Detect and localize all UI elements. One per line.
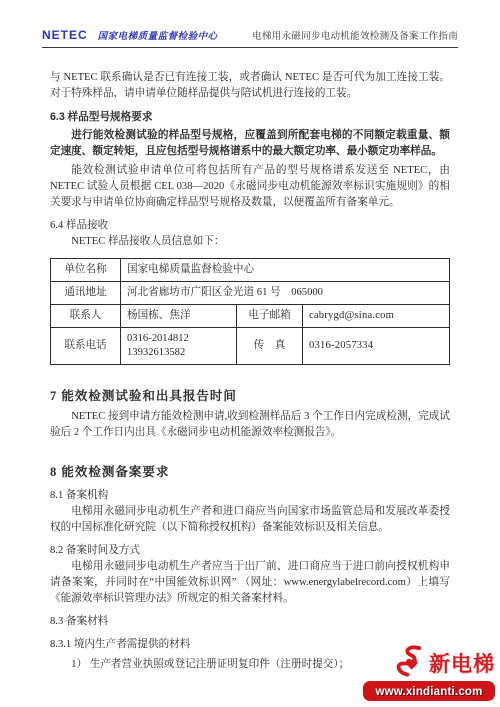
table-label-phone: 联系电话	[51, 328, 121, 365]
document-body: 与 NETEC 联系确认是否已有连接工装，或者确认 NETEC 是否可代为加工连…	[0, 48, 500, 673]
phone-line-1: 0316-2014812	[127, 332, 230, 346]
paragraph-8-2: 电梯用永磁同步电动机生产者应当于出厂前、进口商应当于进口前向授权机构申请备案案，…	[50, 559, 450, 607]
paragraph-7: NETEC 接到申请方能效检测申请,收到检测样品后 3 个工作日内完成检测，完成…	[50, 409, 450, 441]
netec-logo-text: NETEC	[42, 28, 88, 42]
logo-brand-name: 新电梯	[429, 648, 495, 678]
table-value-phone: 0316-2014812 13932613582	[121, 328, 237, 365]
logo-url-text: www.xindianti.com	[375, 686, 482, 698]
document-title: 电梯用永磁同步电动机能效检测及备案工作指南	[252, 28, 458, 42]
document-page: NETEC 国家电梯质量监督检验中心 电梯用永磁同步电动机能效检测及备案工作指南…	[0, 0, 500, 707]
logo-url-banner: www.xindianti.com	[363, 681, 495, 701]
heading-8-2: 8.2 备案时间及方式	[50, 543, 450, 559]
heading-8-3: 8.3 备案材料	[50, 614, 450, 630]
table-row: 联系人 杨国栋、焦洋 电子邮箱 cabrygd@sina.com	[51, 305, 450, 328]
contact-info-table: 单位名称 国家电梯质量监督检验中心 通讯地址 河北省廊坊市广阳区金光道 61 号…	[50, 258, 450, 365]
table-label-address: 通讯地址	[51, 282, 121, 305]
table-label-unit-name: 单位名称	[51, 259, 121, 282]
table-value-contact-person: 杨国栋、焦洋	[121, 305, 237, 328]
page-header: NETEC 国家电梯质量监督检验中心 电梯用永磁同步电动机能效检测及备案工作指南	[42, 28, 458, 48]
heading-8-1: 8.1 备案机构	[50, 488, 450, 504]
table-label-contact-person: 联系人	[51, 305, 121, 328]
header-brand-group: NETEC 国家电梯质量监督检验中心	[42, 28, 218, 42]
table-value-address: 河北省廊坊市广阳区金光道 61 号 065000	[121, 282, 450, 305]
paragraph-continuation: 与 NETEC 联系确认是否已有连接工装，或者确认 NETEC 是否可代为加工连…	[50, 70, 450, 102]
xindianti-logo: 新电梯 www.xindianti.com	[363, 646, 495, 701]
heading-7: 7 能效检测试验和出具报告时间	[50, 387, 450, 405]
heading-6-3: 6.3 样品型号规格要求	[50, 109, 450, 125]
table-row: 通讯地址 河北省廊坊市广阳区金光道 61 号 065000	[51, 282, 450, 305]
table-row: 联系电话 0316-2014812 13932613582 传 真 0316-2…	[51, 328, 450, 365]
heading-6-4: 6.4 样品接收	[50, 218, 450, 234]
paragraph-6-4: NETEC 样品接收人员信息如下：	[50, 234, 450, 250]
table-label-email: 电子邮箱	[237, 305, 303, 328]
paragraph-6-3-2: 能效检测试验申请单位可将包括所有产品的型号规格谱系发送至 NETEC，由 NET…	[50, 163, 450, 211]
xindianti-figure-icon	[393, 644, 427, 683]
table-value-unit-name: 国家电梯质量监督检验中心	[121, 259, 450, 282]
paragraph-8-1: 电梯用永磁同步电动机生产者和进口商应当向国家市场监管总局和发展改革委授权的中国标…	[50, 504, 450, 536]
table-value-email: cabrygd@sina.com	[303, 305, 450, 328]
logo-top-row: 新电梯	[363, 646, 495, 680]
table-label-fax: 传 真	[237, 328, 303, 365]
table-value-fax: 0316-2057334	[303, 328, 450, 365]
table-row: 单位名称 国家电梯质量监督检验中心	[51, 259, 450, 282]
org-name-calligraphy: 国家电梯质量监督检验中心	[98, 28, 218, 42]
paragraph-6-3-bold: 进行能效检测试验的样品型号规格，应覆盖到所配套电梯的不同额定载重量、额定速度、额…	[50, 127, 450, 159]
phone-line-2: 13932613582	[127, 346, 230, 360]
heading-8: 8 能效检测备案要求	[50, 463, 450, 481]
